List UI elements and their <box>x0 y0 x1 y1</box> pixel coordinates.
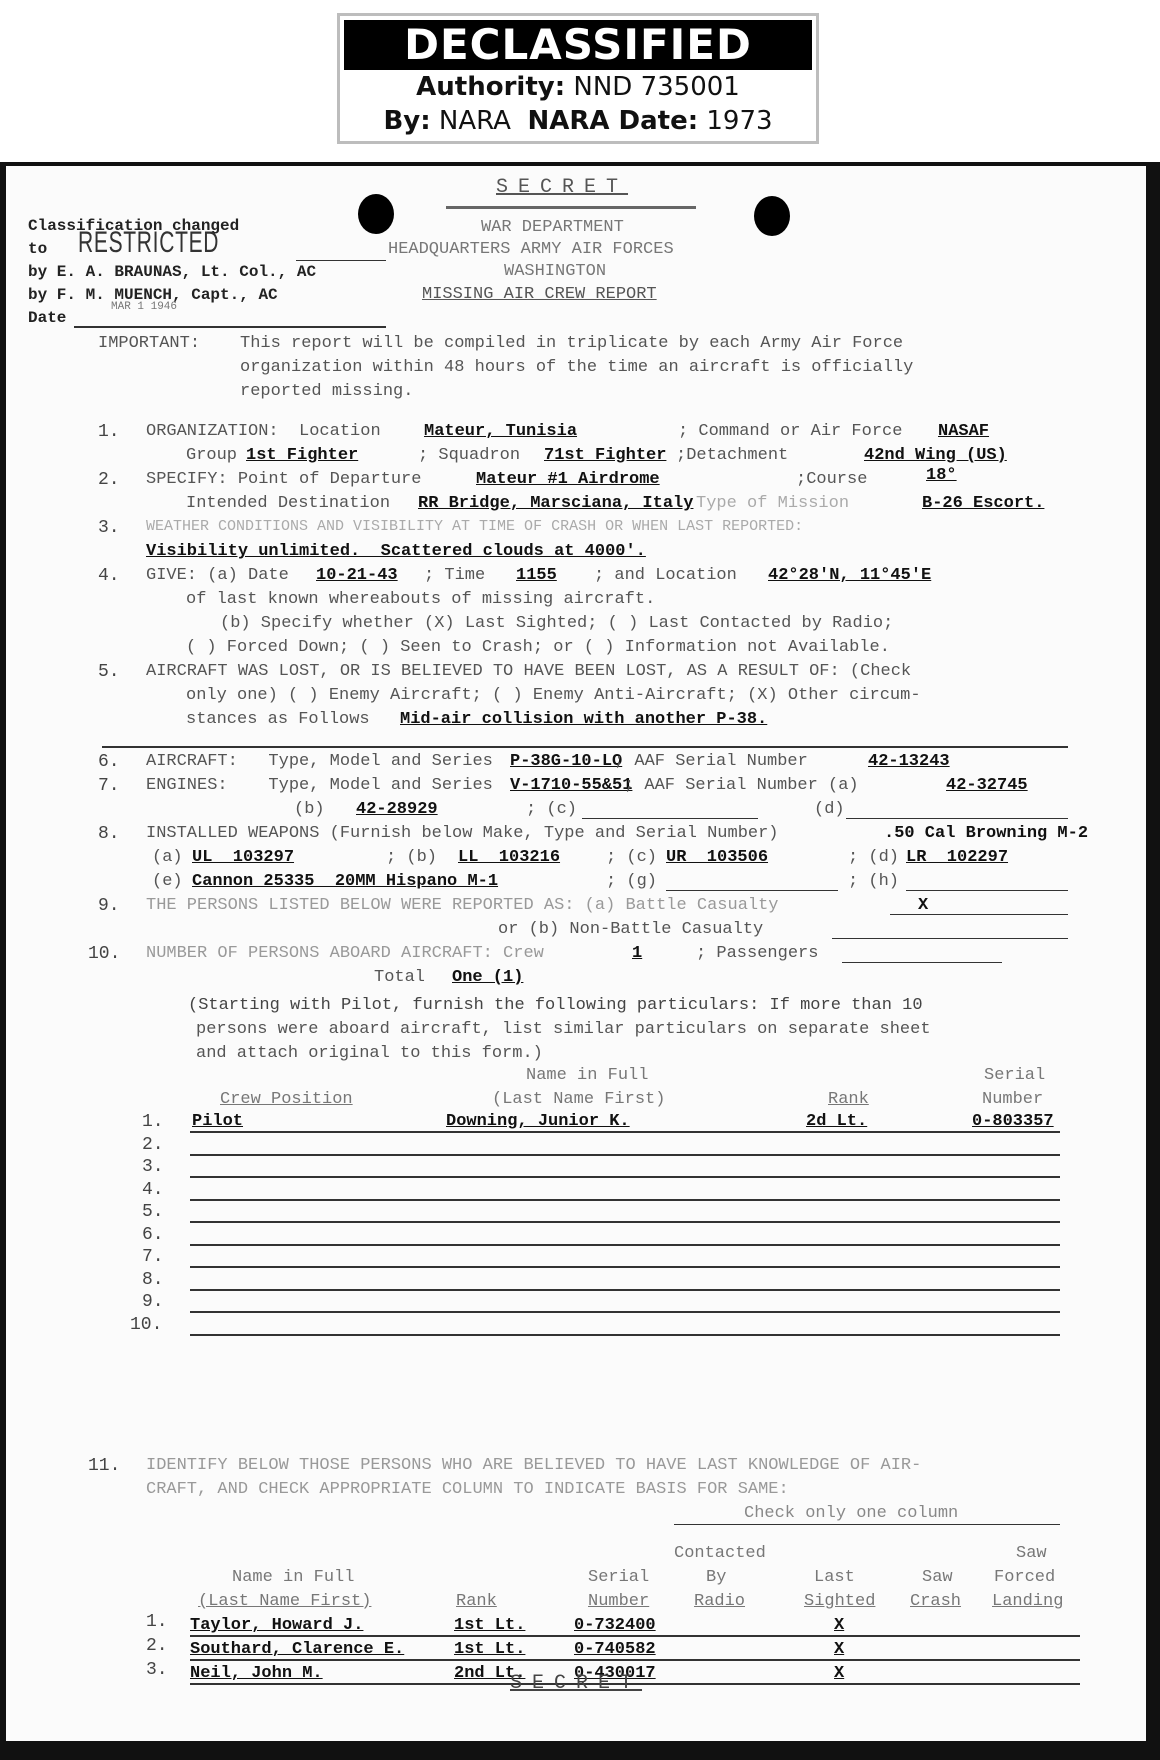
item5-number: 5. <box>98 662 120 682</box>
engine-serial-a-field[interactable]: 42-32745 <box>946 776 1028 795</box>
nonbattle-label: or (b) Non-Battle Casualty <box>498 920 763 939</box>
total-field[interactable]: One (1) <box>452 968 523 987</box>
item8-label: INSTALLED WEAPONS (Furnish below Make, T… <box>146 824 779 843</box>
classification-by1: by E. A. BRAUNAS, Lt. Col., AC <box>28 263 316 281</box>
classification-date-value: MAR 1 1946 <box>111 301 177 313</box>
row-rule <box>190 1659 1080 1661</box>
scanned-page: SECRET WAR DEPARTMENT HEADQUARTERS ARMY … <box>0 162 1160 1760</box>
weather-field[interactable]: Visibility unlimited. Scattered clouds a… <box>146 542 646 561</box>
engine-serial-d-field[interactable] <box>846 818 1068 819</box>
item6-label: AIRCRAFT: Type, Model and Series <box>146 752 493 771</box>
item11-line1: IDENTIFY BELOW THOSE PERSONS WHO ARE BEL… <box>146 1456 921 1475</box>
crew-name-cell[interactable]: Downing, Junior K. <box>446 1112 630 1131</box>
k-col-radio-mid: By <box>706 1568 726 1587</box>
crew-col-serial-bottom: Number <box>982 1090 1043 1109</box>
k-col-rank: Rank <box>456 1592 497 1611</box>
k-col-radio-top: Contacted <box>674 1544 766 1563</box>
last-sighted-mark[interactable]: X <box>834 1640 844 1659</box>
weapon-e-label: (e) <box>152 872 183 891</box>
battle-casualty-rule <box>890 914 1068 915</box>
item6-number: 6. <box>98 752 120 772</box>
destination-label: Intended Destination <box>186 494 390 513</box>
item3-number: 3. <box>98 518 120 538</box>
aircraft-serial-field[interactable]: 42-13243 <box>868 752 950 771</box>
item8-number: 8. <box>98 824 120 844</box>
mission-label: Type of Mission <box>696 494 849 513</box>
mission-field[interactable]: B-26 Escort. <box>922 494 1044 513</box>
classification-to-label: to <box>28 240 47 258</box>
dept-name: WAR DEPARTMENT <box>481 218 624 237</box>
weapon-c-label: ; (c) <box>606 848 657 867</box>
classification-value: RESTRICTED <box>78 226 219 260</box>
check-note-rule <box>674 1524 1060 1525</box>
row-rule <box>190 1176 1060 1178</box>
location-label: ; and Location <box>594 566 737 585</box>
row-number: 10. <box>130 1315 162 1335</box>
crew-col-serial-top: Serial <box>984 1066 1045 1085</box>
classification-date-label: Date <box>28 309 66 327</box>
crew-position-cell[interactable]: Pilot <box>192 1112 243 1131</box>
weapon-d-field[interactable]: LR 102297 <box>906 848 1008 867</box>
aircraft-serial-label: ; AAF Serial Number <box>614 752 808 771</box>
course-field[interactable]: 18° <box>926 466 957 485</box>
secret-marking-top: SECRET <box>496 176 628 199</box>
k-col-sighted-bottom: Sighted <box>804 1592 875 1611</box>
nonbattle-field[interactable] <box>832 938 1068 939</box>
item7-label: ENGINES: Type, Model and Series <box>146 776 493 795</box>
weapon-a-label: (a) <box>152 848 183 867</box>
crew-col-rank: Rank <box>828 1090 869 1109</box>
time-field[interactable]: 1155 <box>516 566 557 585</box>
k-col-landing-bottom: Landing <box>992 1592 1063 1611</box>
row-number: 8. <box>142 1270 164 1290</box>
item11-number: 11. <box>88 1456 120 1476</box>
item11-line2: CRAFT, AND CHECK APPROPRIATE COLUMN TO I… <box>146 1480 789 1499</box>
item2-label: SPECIFY: Point of Departure <box>146 470 421 489</box>
weapon-g-field[interactable] <box>666 890 838 891</box>
command-field[interactable]: NASAF <box>938 422 989 441</box>
weapon-d-label: ; (d) <box>848 848 899 867</box>
instructions-line3: and attach original to this form.) <box>196 1044 543 1063</box>
header-rule <box>446 206 696 209</box>
weapon-g-label: ; (g) <box>606 872 657 891</box>
weapon-h-field[interactable] <box>906 890 1068 891</box>
item4-specify2: ( ) Forced Down; ( ) Seen to Crash; or (… <box>186 638 890 657</box>
detachment-field[interactable]: 42nd Wing (US) <box>864 446 1007 465</box>
k-col-landing-mid: Forced <box>994 1568 1055 1587</box>
important-line3: reported missing. <box>240 382 413 401</box>
passengers-label: ; Passengers <box>696 944 818 963</box>
punch-hole-icon <box>358 194 394 234</box>
weapon-a-field[interactable]: UL 103297 <box>192 848 294 867</box>
item4-label: GIVE: (a) Date <box>146 566 289 585</box>
report-title: MISSING AIR CREW REPORT <box>422 285 657 304</box>
check-note: Check only one column <box>744 1504 958 1523</box>
row-rule <box>190 1199 1060 1201</box>
circumstances-field[interactable]: Mid-air collision with another P-38. <box>400 710 767 729</box>
row-number: 1. <box>142 1112 164 1132</box>
k-col-name-bottom: (Last Name First) <box>198 1592 371 1611</box>
k-col-name-top: Name in Full <box>232 1568 354 1587</box>
stamp-by: By: NARA NARA Date: 1973 <box>340 104 816 138</box>
item10-number: 10. <box>88 944 120 964</box>
item9-number: 9. <box>98 896 120 916</box>
aircraft-model-field[interactable]: P-38G-10-LO <box>510 752 622 771</box>
row-rule <box>190 1266 1060 1268</box>
departure-field[interactable]: Mateur #1 Airdrome <box>476 470 660 489</box>
row-number: 3. <box>146 1660 168 1680</box>
row-rule <box>190 1154 1060 1156</box>
row-number: 3. <box>142 1157 164 1177</box>
item7-number: 7. <box>98 776 120 796</box>
row-rule <box>190 1244 1060 1246</box>
crew-col-name-bottom: (Last Name First) <box>492 1090 665 1109</box>
item3-label: WEATHER CONDITIONS AND VISIBILITY AT TIM… <box>146 518 803 535</box>
person-rank-cell[interactable]: 1st Lt. <box>454 1640 525 1659</box>
person-name-cell[interactable]: Southard, Clarence E. <box>190 1640 404 1659</box>
city-name: WASHINGTON <box>504 262 606 281</box>
hq-name: HEADQUARTERS ARMY AIR FORCES <box>388 240 674 259</box>
item5-line1: AIRCRAFT WAS LOST, OR IS BELIEVED TO HAV… <box>146 662 911 681</box>
squadron-label: ; Squadron <box>418 446 520 465</box>
weapon-c-field[interactable]: UR 103506 <box>666 848 768 867</box>
item4-specify: (b) Specify whether (X) Last Sighted; ( … <box>220 614 893 633</box>
row-number: 7. <box>142 1247 164 1267</box>
punch-hole-icon <box>754 196 790 236</box>
row-number: 2. <box>142 1135 164 1155</box>
item2-number: 2. <box>98 470 120 490</box>
classification-rule <box>296 260 386 261</box>
declassified-stamp: DECLASSIFIED Authority: NND 735001 By: N… <box>337 13 819 144</box>
engine-b-label: (b) <box>294 800 325 819</box>
person-name-cell[interactable]: Taylor, Howard J. <box>190 1616 363 1635</box>
instructions-line1: (Starting with Pilot, furnish the follow… <box>188 996 923 1015</box>
item1-number: 1. <box>98 422 120 442</box>
k-col-serial-top: Serial <box>588 1568 649 1587</box>
crew-col-name-top: Name in Full <box>526 1066 648 1085</box>
engine-serial-label: ; AAF Serial Number (a) <box>624 776 859 795</box>
k-col-radio-bottom: Radio <box>694 1592 745 1611</box>
row-number: 4. <box>142 1180 164 1200</box>
k-col-crash-top: Saw <box>922 1568 953 1587</box>
item4-number: 4. <box>98 566 120 586</box>
group-label: Group <box>186 446 237 465</box>
row-rule <box>190 1635 1080 1637</box>
stamp-authority: Authority: NND 735001 <box>340 70 816 104</box>
item1-label: ORGANIZATION: Location <box>146 422 381 441</box>
important-line1: This report will be compiled in triplica… <box>240 334 903 353</box>
crew-rank-cell[interactable]: 2d Lt. <box>806 1112 867 1131</box>
row-rule <box>190 1334 1060 1336</box>
last-sighted-mark[interactable]: X <box>834 1616 844 1635</box>
row-number: 1. <box>146 1612 168 1632</box>
important-label: IMPORTANT: <box>98 334 200 353</box>
item5-line2: only one) ( ) Enemy Aircraft; ( ) Enemy … <box>186 686 921 705</box>
engine-serial-b-field[interactable]: 42-28929 <box>356 800 438 819</box>
weapon-b-label: ; (b) <box>386 848 437 867</box>
last-location-field[interactable]: 42°28'N, 11°45'E <box>768 566 931 585</box>
report-sheet: SECRET WAR DEPARTMENT HEADQUARTERS ARMY … <box>6 166 1146 1741</box>
section-divider <box>102 746 1068 748</box>
k-col-crash-bottom: Crash <box>910 1592 961 1611</box>
person-rank-cell[interactable]: 1st Lt. <box>454 1616 525 1635</box>
weapon-type: .50 Cal Browning M-2 <box>884 824 1088 843</box>
crew-col-position: Crew Position <box>220 1090 353 1109</box>
time-label: ; Time <box>424 566 485 585</box>
row-rule <box>190 1221 1060 1223</box>
important-line2: organization within 48 hours of the time… <box>240 358 913 377</box>
row-number: 5. <box>142 1202 164 1222</box>
squadron-field[interactable]: 71st Fighter <box>544 446 666 465</box>
passengers-field[interactable] <box>842 962 1002 963</box>
k-col-serial-bottom: Number <box>588 1592 649 1611</box>
destination-field[interactable]: RR Bridge, Marsciana, Italy <box>418 494 693 513</box>
command-label: ; Command or Air Force <box>678 422 902 441</box>
row-number: 2. <box>146 1636 168 1656</box>
crew-count-field[interactable]: 1 <box>632 944 642 963</box>
engine-serial-c-field[interactable] <box>582 818 758 819</box>
weapon-e-field[interactable]: Cannon 25335 20MM Hispano M-1 <box>192 872 498 891</box>
engine-c-label: ; (c) <box>526 800 577 819</box>
battle-casualty-mark[interactable]: X <box>918 896 928 915</box>
row-number: 9. <box>142 1292 164 1312</box>
item5-line3-label: stances as Follows <box>186 710 370 729</box>
crew-serial-cell[interactable]: 0-803357 <box>972 1112 1054 1131</box>
row-rule <box>190 1289 1060 1291</box>
weapon-h-label: ; (h) <box>848 872 899 891</box>
k-col-landing-top: Saw <box>1016 1544 1047 1563</box>
row-number: 6. <box>142 1225 164 1245</box>
secret-marking-bottom: SECRET <box>510 1672 642 1695</box>
total-label: Total <box>374 968 425 987</box>
last-sighted-mark[interactable]: X <box>834 1664 844 1683</box>
item10-label: NUMBER OF PERSONS ABOARD AIRCRAFT: Crew <box>146 944 544 963</box>
item4-line2: of last known whereabouts of missing air… <box>186 590 655 609</box>
date-field[interactable]: 10-21-43 <box>316 566 398 585</box>
detachment-label: ;Detachment <box>676 446 788 465</box>
weapon-b-field[interactable]: LL 103216 <box>458 848 560 867</box>
group-field[interactable]: 1st Fighter <box>246 446 358 465</box>
org-location-field[interactable]: Mateur, Tunisia <box>424 422 577 441</box>
row-rule <box>190 1311 1060 1313</box>
person-serial-cell[interactable]: 0-740582 <box>574 1640 656 1659</box>
stamp-title: DECLASSIFIED <box>344 20 812 70</box>
item9-label: THE PERSONS LISTED BELOW WERE REPORTED A… <box>146 896 779 915</box>
instructions-line2: persons were aboard aircraft, list simil… <box>196 1020 931 1039</box>
engine-d-label: (d) <box>814 800 845 819</box>
row-rule <box>190 1131 1060 1133</box>
classification-date-rule <box>74 326 386 328</box>
course-label: ;Course <box>796 470 867 489</box>
person-serial-cell[interactable]: 0-732400 <box>574 1616 656 1635</box>
person-name-cell[interactable]: Neil, John M. <box>190 1664 323 1683</box>
k-col-sighted-top: Last <box>814 1568 855 1587</box>
engine-model-field[interactable]: V-1710-55&51 <box>510 776 632 795</box>
